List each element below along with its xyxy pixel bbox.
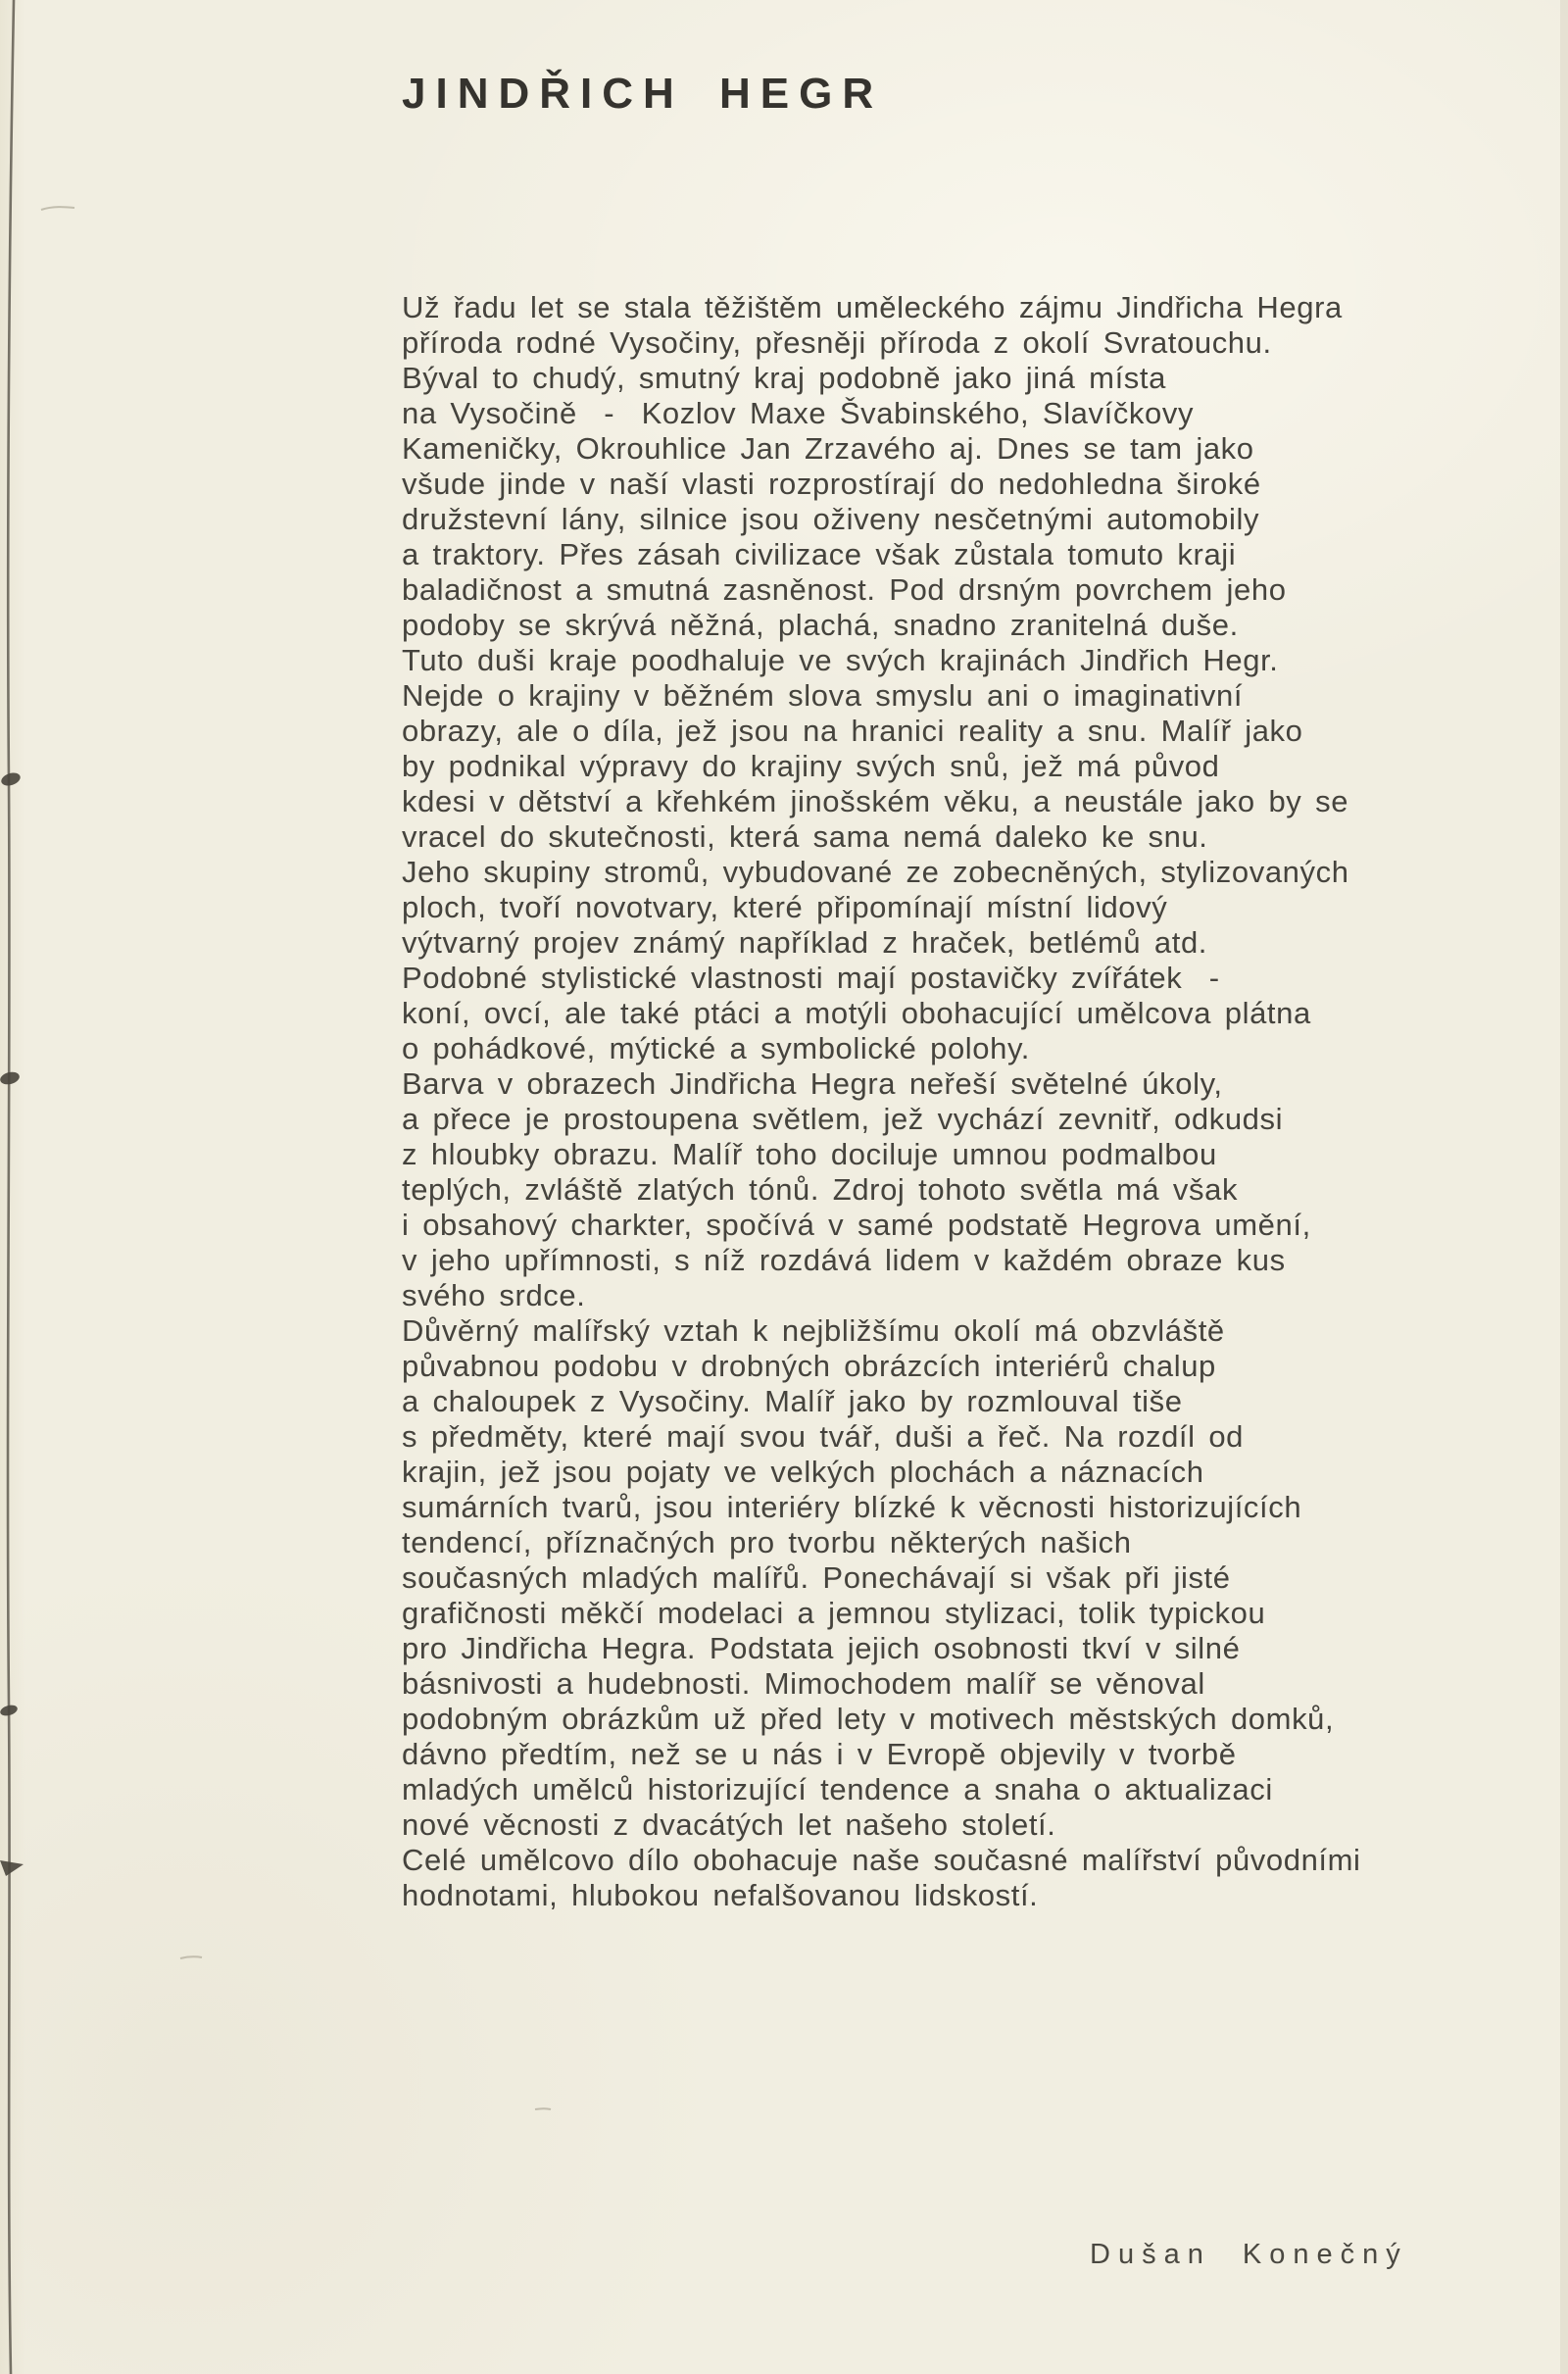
text-line: z hloubky obrazu. Malíř toho dociluje um… [402, 1137, 1529, 1172]
text-line: Kameničky, Okrouhlice Jan Zrzavého aj. D… [402, 431, 1529, 467]
text-line: mladých umělců historizující tendence a … [402, 1772, 1529, 1807]
text-line: Důvěrný malířský vztah k nejbližšímu oko… [402, 1313, 1529, 1349]
text-line: současných mladých malířů. Ponechávají s… [402, 1560, 1529, 1596]
text-line: Jeho skupiny stromů, vybudované ze zobec… [402, 855, 1529, 890]
binding-knot [0, 1070, 21, 1086]
text-line: ploch, tvoří novotvary, které připomínaj… [402, 890, 1529, 925]
text-line: svého srdce. [402, 1278, 1529, 1313]
text-line: Podobné stylistické vlastnosti mají post… [402, 961, 1529, 996]
text-line: nové věcnosti z dvacátých let našeho sto… [402, 1807, 1529, 1843]
binding-knot [0, 1704, 19, 1718]
text-line: pro Jindřicha Hegra. Podstata jejich oso… [402, 1631, 1529, 1666]
text-line: výtvarný projev známý například z hraček… [402, 925, 1529, 961]
page-title: JINDŘICH HEGR [402, 73, 883, 116]
text-line: dávno předtím, než se u nás i v Evropě o… [402, 1737, 1529, 1772]
text-line: Nejde o krajiny v běžném slova smyslu an… [402, 678, 1529, 714]
text-line: krajin, jež jsou pojaty ve velkých ploch… [402, 1455, 1529, 1490]
text-line: družstevní lány, silnice jsou oživeny ne… [402, 502, 1529, 537]
essay-text: Už řadu let se stala těžištěm uměleckého… [402, 290, 1529, 1913]
text-line: grafičnosti měkčí modelaci a jemnou styl… [402, 1596, 1529, 1631]
text-line: podoby se skrývá něžná, plachá, snadno z… [402, 608, 1529, 643]
binding-knot [0, 770, 22, 788]
text-line: i obsahový charkter, spočívá v samé pods… [402, 1208, 1529, 1243]
text-line: a přece je prostoupena světlem, jež vych… [402, 1102, 1529, 1137]
paper-scratch [41, 207, 74, 210]
text-line: v jeho upřímnosti, s níž rozdává lidem v… [402, 1243, 1529, 1278]
author-signature: Dušan Konečný [1090, 2238, 1408, 2272]
text-line: Barva v obrazech Jindřicha Hegra neřeší … [402, 1066, 1529, 1102]
text-line: Celé umělcovo dílo obohacuje naše součas… [402, 1843, 1529, 1878]
text-line: vracel do skutečnosti, která sama nemá d… [402, 819, 1529, 855]
text-line: teplých, zvláště zlatých tónů. Zdroj toh… [402, 1172, 1529, 1208]
text-line: a traktory. Přes zásah civilizace však z… [402, 537, 1529, 572]
text-line: hodnotami, hlubokou nefalšovanou lidskos… [402, 1878, 1529, 1913]
binding-edge [8, 0, 14, 2374]
text-line: podobným obrázkům už před lety v motivec… [402, 1702, 1529, 1737]
text-line: s předměty, které mají svou tvář, duši a… [402, 1419, 1529, 1455]
text-line: Už řadu let se stala těžištěm uměleckého… [402, 290, 1529, 325]
text-line: příroda rodné Vysočiny, přesněji příroda… [402, 325, 1529, 361]
paper-scratch [180, 1956, 202, 1958]
text-line: obrazy, ale o díla, jež jsou na hranici … [402, 714, 1529, 749]
text-line: sumárních tvarů, jsou interiéry blízké k… [402, 1490, 1529, 1525]
text-line: všude jinde v naší vlasti rozprostírají … [402, 467, 1529, 502]
text-line: koní, ovcí, ale také ptáci a motýli oboh… [402, 996, 1529, 1031]
text-line: Býval to chudý, smutný kraj podobně jako… [402, 361, 1529, 396]
text-line: baladičnost a smutná zasněnost. Pod drsn… [402, 572, 1529, 608]
text-line: Tuto duši kraje poodhaluje ve svých kraj… [402, 643, 1529, 678]
text-line: na Vysočině - Kozlov Maxe Švabinského, S… [402, 396, 1529, 431]
text-line: by podnikal výpravy do krajiny svých snů… [402, 749, 1529, 784]
page-right-edge [1560, 0, 1568, 2374]
text-line: půvabnou podobu v drobných obrázcích int… [402, 1349, 1529, 1384]
text-line: o pohádkové, mýtické a symbolické polohy… [402, 1031, 1529, 1066]
text-line: básnivosti a hudebnosti. Mimochodem malí… [402, 1666, 1529, 1702]
binding-knot [0, 1860, 24, 1876]
text-line: a chaloupek z Vysočiny. Malíř jako by ro… [402, 1384, 1529, 1419]
paper-scratch [535, 2108, 551, 2109]
text-line: kdesi v dětství a křehkém jinošském věku… [402, 784, 1529, 819]
text-line: tendencí, příznačných pro tvorbu některý… [402, 1525, 1529, 1560]
scanned-page: JINDŘICH HEGR Už řadu let se stala těžiš… [0, 0, 1568, 2374]
